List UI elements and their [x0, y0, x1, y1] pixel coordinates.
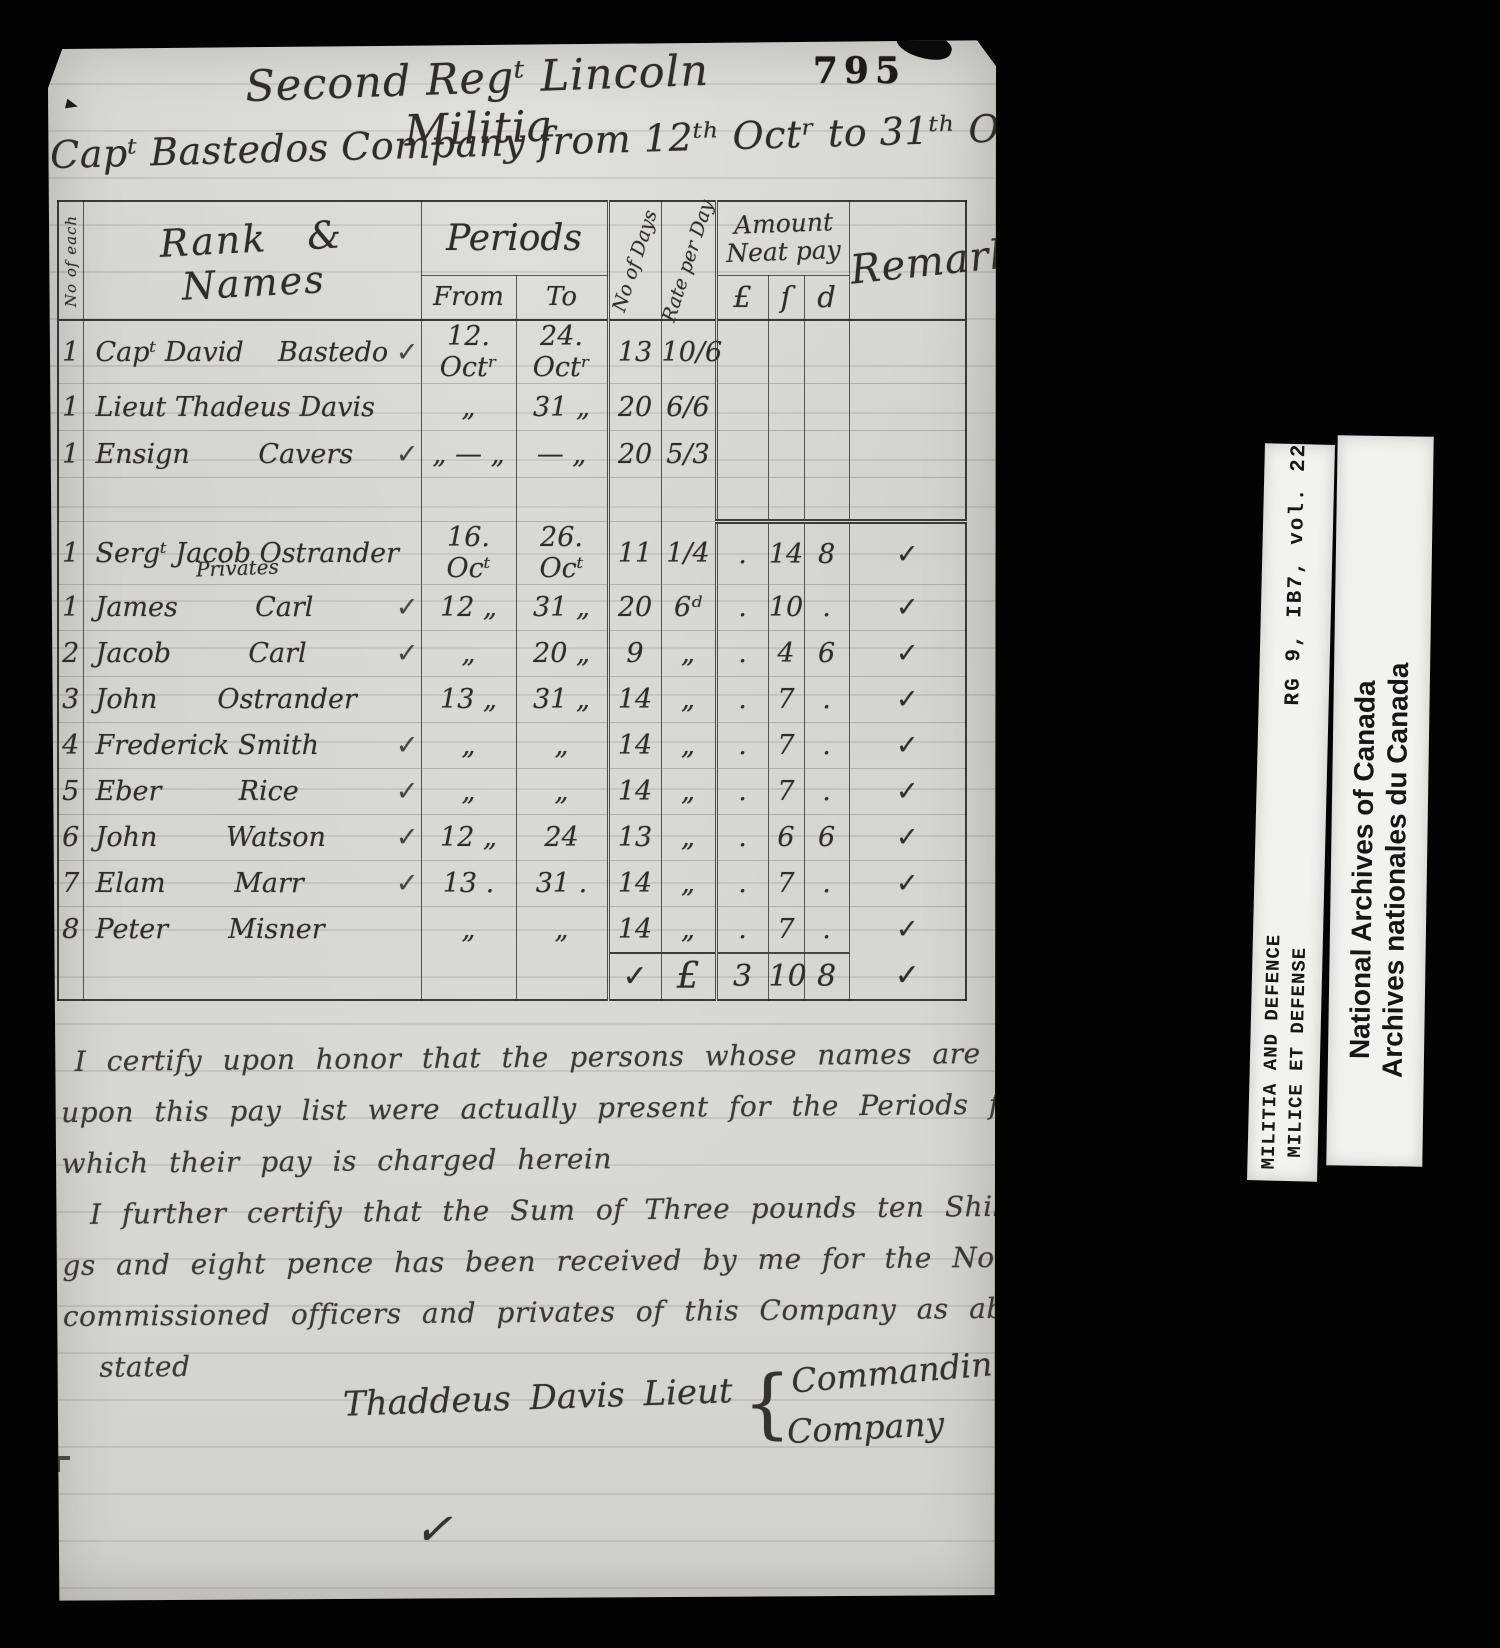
cell-days: 20	[608, 431, 661, 478]
cell-pence: .	[804, 677, 849, 723]
national-archives-label: National Archives of Canada Archives nat…	[1343, 662, 1416, 1078]
cell-rate: 1/4	[661, 522, 716, 585]
cell-to: 31 .	[516, 861, 608, 907]
archives-label-line2: Archives nationales du Canada	[1376, 662, 1416, 1078]
cell-from: 12 „	[421, 585, 516, 631]
cell-pence	[804, 478, 849, 522]
name-checkmark: ✓	[396, 822, 419, 853]
table-row: 1Sergᵗ Jacob Ostrander16. Ocᵗ26. Ocᵗ111/…	[58, 522, 966, 585]
cell-shillings: 4	[768, 631, 804, 677]
cell-from: 12. Octʳ	[421, 320, 516, 384]
name-checkmark: ✓	[396, 592, 419, 623]
cell-pounds: .	[716, 631, 768, 677]
cell-to: 24	[516, 815, 608, 861]
soldier-name: Frederick Smith	[96, 730, 319, 761]
cell-rate: „	[661, 815, 716, 861]
cell-pence	[804, 320, 849, 384]
cell-shillings: 7	[768, 769, 804, 815]
cell-pounds: .	[716, 769, 768, 815]
cell-name: Lieut Thadeus Davis	[83, 384, 421, 431]
header-number-label: No of each	[62, 214, 80, 306]
cell-name: ✓Frederick Smith	[83, 723, 421, 769]
name-checkmark: ✓	[396, 439, 419, 470]
cell-shillings: 6	[768, 815, 804, 861]
cell-name: John Ostrander	[83, 677, 421, 723]
cell-pounds: .	[716, 585, 768, 631]
cell-rate	[661, 478, 716, 522]
cell-to: „	[516, 769, 608, 815]
cell-number: 1	[58, 384, 83, 431]
cell-name: ✓Eber Rice	[83, 769, 421, 815]
cell-remark: ✓	[849, 631, 966, 677]
cell-pence: 6	[804, 631, 849, 677]
soldier-name: Capᵗ David Bastedo	[96, 337, 389, 368]
table-row: 1✓Ensign Cavers„ — „— „205/3	[58, 431, 966, 478]
cell-to	[516, 478, 608, 522]
header-from: From	[421, 275, 516, 320]
cell-shillings: 7	[768, 677, 804, 723]
cell-number: 1	[58, 522, 83, 585]
cell-pence: .	[804, 907, 849, 953]
cell-days: 14	[608, 677, 661, 723]
cell-pounds	[716, 384, 768, 431]
cell-remark	[849, 320, 966, 384]
signature-role-line2: Company	[786, 1404, 945, 1451]
cell-from: „	[421, 723, 516, 769]
cell-to: 24. Octʳ	[516, 320, 608, 384]
soldier-name: John Watson	[96, 822, 326, 853]
cell-shillings	[768, 384, 804, 431]
table-spacer-row	[58, 478, 966, 522]
archive-label-strip-reference: RG 9, IB7, vol. 22 MILITIA AND DEFENCE M…	[1247, 443, 1335, 1181]
table-row: 4✓Frederick Smith„„14„.7.✓	[58, 723, 966, 769]
cell-rate: 10/6	[661, 320, 716, 384]
cell-remark: ✓	[849, 522, 966, 585]
cell-to: 31 „	[516, 384, 608, 431]
cell-pounds	[716, 320, 768, 384]
cell-from: 12 „	[421, 815, 516, 861]
total-pound-sign: £	[661, 953, 716, 1000]
cell-empty	[58, 953, 83, 1000]
cell-pence: .	[804, 723, 849, 769]
soldier-name: Ensign Cavers	[96, 439, 354, 470]
header-rank-names: Rank & Names	[83, 201, 421, 320]
total-pounds: 3	[716, 953, 768, 1000]
cell-to: „	[516, 907, 608, 953]
table-row: 8Peter Misner„„14„.7.✓	[58, 907, 966, 953]
cell-to: 20 „	[516, 631, 608, 677]
name-checkmark: ✓	[396, 638, 419, 669]
table-footer: ✓ £ 3 10 8 ✓	[58, 953, 966, 1000]
cell-name: ✓Capᵗ David Bastedo	[83, 320, 421, 384]
cell-from: 16. Ocᵗ	[421, 522, 516, 585]
archive-label-strip-institution: National Archives of Canada Archives nat…	[1326, 435, 1433, 1166]
certification-text: I certify upon honor that the persons wh…	[60, 1028, 995, 1393]
cell-pence: .	[804, 861, 849, 907]
cell-rate: „	[661, 861, 716, 907]
cell-to: 26. Ocᵗ	[516, 522, 608, 585]
cell-empty	[83, 953, 421, 1000]
soldier-name: Eber Rice	[96, 776, 299, 807]
cell-from: „	[421, 631, 516, 677]
cell-to: „	[516, 723, 608, 769]
cell-name: ✓Elam Marr	[83, 861, 421, 907]
certification-line: which their pay is charged herein	[61, 1130, 993, 1189]
cell-remark	[849, 431, 966, 478]
cell-number: 1	[58, 320, 83, 384]
document-page: 795 Second Regᵗ Lincoln Militia Capᵗ Bas…	[48, 38, 996, 1603]
cell-days: 11	[608, 522, 661, 585]
total-row: ✓ £ 3 10 8 ✓	[58, 953, 966, 1000]
cell-from	[421, 478, 516, 522]
privates-section-label: Privates	[196, 555, 280, 582]
certification-line: I further certify that the Sum of Three …	[62, 1181, 994, 1240]
cell-number: 4	[58, 723, 83, 769]
total-pence: 8	[804, 953, 849, 1000]
rg-reference-label: RG 9, IB7, vol. 22	[1282, 442, 1311, 705]
amount-line2: Neat pay	[717, 236, 849, 269]
header-pounds: £	[716, 275, 768, 320]
cell-days: 20	[608, 384, 661, 431]
cell-number: 7	[58, 861, 83, 907]
cell-pence: .	[804, 585, 849, 631]
cell-days: 20	[608, 585, 661, 631]
table-row: 3John Ostrander13 „31 „14„.7.✓	[58, 677, 966, 723]
soldier-name: Jacob Carl	[96, 638, 307, 669]
name-checkmark: ✓	[396, 337, 419, 368]
cell-name: ✓John Watson	[83, 815, 421, 861]
cell-pence	[804, 431, 849, 478]
cell-pounds: .	[716, 522, 768, 585]
cell-pounds: .	[716, 723, 768, 769]
cell-remark	[849, 384, 966, 431]
page-number-stamp: 795	[813, 50, 906, 92]
cell-days: 9	[608, 631, 661, 677]
cell-remark: ✓	[849, 907, 966, 953]
cell-empty	[516, 953, 608, 1000]
cell-days	[608, 478, 661, 522]
header-to: To	[516, 275, 608, 320]
cell-shillings: 7	[768, 861, 804, 907]
total-checkmark: ✓	[608, 953, 661, 1000]
cell-pounds: .	[716, 677, 768, 723]
soldier-name: Lieut Thadeus Davis	[96, 392, 375, 423]
header-shillings: ſ	[768, 275, 804, 320]
cell-pence	[804, 384, 849, 431]
header-pence: d	[804, 275, 849, 320]
cell-number: 5	[58, 769, 83, 815]
cell-number: 3	[58, 677, 83, 723]
cell-pounds: .	[716, 861, 768, 907]
margin-ink-mark	[65, 99, 79, 112]
cell-remark: ✓	[849, 769, 966, 815]
cell-remark: ✓	[849, 585, 966, 631]
table-row: 1✓Capᵗ David Bastedo12. Octʳ24. Octʳ1310…	[58, 320, 966, 384]
cell-pence: 8	[804, 522, 849, 585]
cell-from: „ — „	[421, 431, 516, 478]
days-label: No of Days	[608, 207, 662, 314]
cell-rate: „	[661, 769, 716, 815]
cell-from: „	[421, 384, 516, 431]
remarks-label: Remarks	[848, 228, 1038, 293]
certification-line: I certify upon honor that the persons wh…	[60, 1028, 992, 1087]
header-remarks: Remarks	[849, 201, 966, 320]
signature-brace: {	[743, 1358, 791, 1447]
table-row: 5✓Eber Rice„„14„.7.✓	[58, 769, 966, 815]
table-row: 1✓James Carl12 „31 „206ᵈ.10.✓	[58, 585, 966, 631]
cell-number: 2	[58, 631, 83, 677]
table-row: 7✓Elam Marr13 .31 .14„.7.✓	[58, 861, 966, 907]
cell-days: 14	[608, 861, 661, 907]
cell-pounds: .	[716, 907, 768, 953]
scan-background: 795 Second Regᵗ Lincoln Militia Capᵗ Bas…	[0, 0, 1500, 1648]
cell-remark: ✓	[849, 723, 966, 769]
header-number-column: No of each	[58, 201, 83, 320]
cell-rate: 6/6	[661, 384, 716, 431]
cell-pounds: .	[716, 815, 768, 861]
cell-days: 13	[608, 815, 661, 861]
cell-shillings: 7	[768, 907, 804, 953]
fond-title-line2: MILICE ET DEFENSE	[1282, 934, 1313, 1170]
cell-rate: „	[661, 723, 716, 769]
cell-remark: ✓	[849, 861, 966, 907]
soldier-name: Peter Misner	[96, 914, 325, 945]
cell-name: ✓Jacob Carl	[83, 631, 421, 677]
cell-rate: „	[661, 631, 716, 677]
header-rate: Rate per Day	[661, 201, 716, 320]
cell-shillings: 14	[768, 522, 804, 585]
total-shillings: 10	[768, 953, 804, 1000]
total-remark-check: ✓	[849, 953, 966, 1000]
cell-shillings	[768, 431, 804, 478]
table-row: 1Lieut Thadeus Davis„31 „206/6	[58, 384, 966, 431]
cell-rate: 5/3	[661, 431, 716, 478]
table-body: 1✓Capᵗ David Bastedo12. Octʳ24. Octʳ1310…	[58, 320, 966, 953]
table-row: 6✓John Watson12 „2413„.66✓	[58, 815, 966, 861]
rank-names-label: Rank & Names	[81, 208, 422, 314]
name-checkmark: ✓	[396, 868, 419, 899]
cell-name: ✓Ensign Cavers	[83, 431, 421, 478]
soldier-name: Elam Marr	[96, 868, 304, 899]
cell-pounds	[716, 431, 768, 478]
bottom-checkmark: ✓	[411, 1501, 464, 1558]
cell-number: 1	[58, 585, 83, 631]
cell-empty	[421, 953, 516, 1000]
cell-pounds	[716, 478, 768, 522]
table-header: No of each Rank & Names Periods No of Da…	[58, 201, 966, 320]
header-amount: Amount Neat pay	[716, 201, 849, 275]
cell-pence: .	[804, 769, 849, 815]
cell-shillings	[768, 478, 804, 522]
cell-pence: 6	[804, 815, 849, 861]
cell-from: „	[421, 769, 516, 815]
cell-remark	[849, 478, 966, 522]
pay-table: No of each Rank & Names Periods No of Da…	[57, 200, 967, 1001]
corner-ink-mark	[56, 1456, 70, 1472]
cell-name: Peter Misner	[83, 907, 421, 953]
cell-from: 13 „	[421, 677, 516, 723]
cell-days: 14	[608, 907, 661, 953]
cell-shillings: 10	[768, 585, 804, 631]
cell-shillings	[768, 320, 804, 384]
cell-to: 31 „	[516, 585, 608, 631]
cell-shillings: 7	[768, 723, 804, 769]
name-checkmark: ✓	[396, 730, 419, 761]
soldier-name: James Carl	[96, 592, 314, 623]
cell-rate: „	[661, 677, 716, 723]
certification-line: upon this pay list were actually present…	[61, 1079, 993, 1138]
cell-from: 13 .	[421, 861, 516, 907]
cell-to: — „	[516, 431, 608, 478]
cell-rate: 6ᵈ	[661, 585, 716, 631]
cell-number: 1	[58, 431, 83, 478]
name-checkmark: ✓	[396, 776, 419, 807]
certification-line: commissioned officers and privates of th…	[63, 1283, 995, 1342]
table-row: 2✓Jacob Carl„20 „9„.46✓	[58, 631, 966, 677]
cell-rate: „	[661, 907, 716, 953]
cell-name	[83, 478, 421, 522]
cell-number: 6	[58, 815, 83, 861]
header-days: No of Days	[608, 201, 661, 320]
cell-days: 13	[608, 320, 661, 384]
soldier-name: John Ostrander	[96, 684, 357, 715]
cell-days: 14	[608, 723, 661, 769]
cell-number: 8	[58, 907, 83, 953]
cell-name: ✓James Carl	[83, 585, 421, 631]
cell-from: „	[421, 907, 516, 953]
cell-number	[58, 478, 83, 522]
signature-name: Thaddeus Davis Lieut	[342, 1371, 733, 1425]
signature-block: Thaddeus Davis Lieut { Commanding Compan…	[343, 1378, 733, 1498]
cell-to: 31 „	[516, 677, 608, 723]
fond-title-label: MILITIA AND DEFENCE MILICE ET DEFENSE	[1257, 934, 1314, 1171]
certification-line: gs and eight pence has been received by …	[62, 1232, 994, 1291]
header-periods: Periods	[421, 201, 608, 275]
cell-days: 14	[608, 769, 661, 815]
cell-remark: ✓	[849, 815, 966, 861]
rate-label: Rate per Day	[658, 197, 718, 324]
cell-remark: ✓	[849, 677, 966, 723]
